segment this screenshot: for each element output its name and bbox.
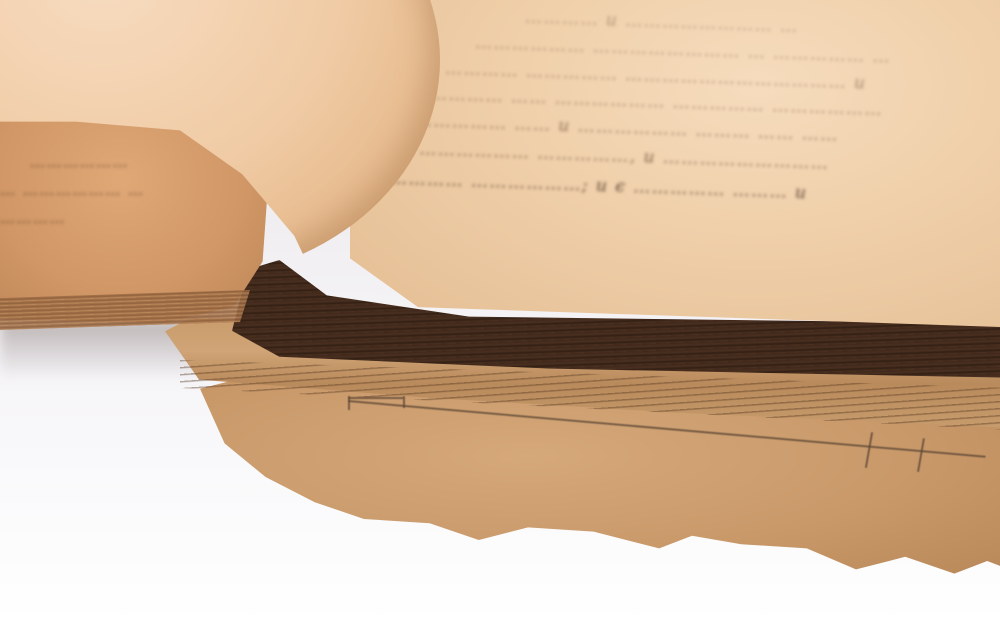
right-page-text: ………… и …………………… … ……………… …………………… … …………… — [385, 10, 1000, 210]
ruled-line — [917, 438, 924, 472]
text-line: ……………… — [30, 153, 129, 171]
text-line: и ……………… ……………, и ……………………… — [400, 139, 830, 174]
text-line: ………… и …………………… … — [525, 7, 799, 37]
text-line: ………… ………………; и є …………… ……… и — [390, 169, 808, 204]
left-page-text: ……………… … ……………… … ………… — [0, 145, 240, 245]
text-line: ………… — [0, 209, 66, 227]
book-photo: ………… и …………………… … ……………… …………………… … …………… — [0, 0, 1000, 624]
ruled-line — [865, 432, 873, 468]
ruled-line — [348, 396, 350, 410]
text-line: … ……………… … — [0, 181, 145, 199]
